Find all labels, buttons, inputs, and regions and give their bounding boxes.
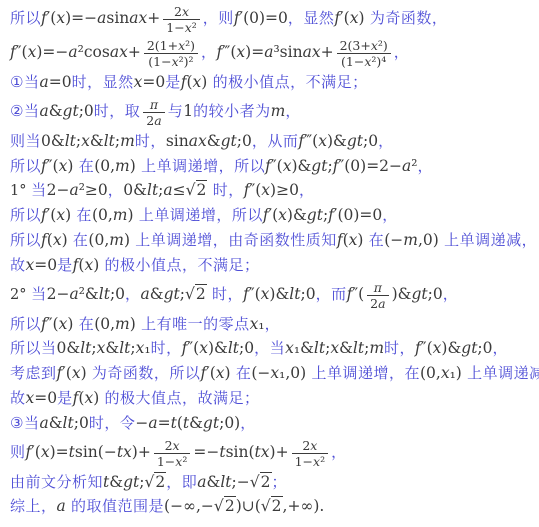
fraction-numerator: 2x xyxy=(163,4,200,19)
solution-line: f″(x)=−a²cosax+2(1+x²)(1−x²)²，f‴(x)=a³si… xyxy=(10,38,531,69)
chinese-text: 则当 xyxy=(10,132,41,150)
chinese-text: 上单调递减， xyxy=(462,364,539,382)
chinese-text: ，从而 xyxy=(252,132,299,150)
fraction-numerator: π xyxy=(367,280,388,295)
chinese-text: 在 xyxy=(363,231,384,249)
fraction-denominator: (1−x²)² xyxy=(144,53,198,69)
chinese-text: 的较小者为 xyxy=(193,102,271,120)
math-text: f(x) xyxy=(73,389,100,407)
sqrt-radical: √2 xyxy=(214,496,236,515)
solution-line: 所以f″(x) 在(0,m) 上单调递增，所以f″(x)&gt;f″(0)=2−… xyxy=(10,156,531,178)
math-text: )&gt;0 xyxy=(392,285,443,303)
chinese-text: ，当 xyxy=(254,339,285,357)
math-text: 0&lt;x&lt;m xyxy=(41,132,135,150)
chinese-text: 所以当 xyxy=(10,339,57,357)
chinese-text: 的极大值点，故满足； xyxy=(99,389,259,407)
chinese-text: 时， xyxy=(207,181,243,199)
chinese-text: 上单调递减， xyxy=(439,231,537,249)
math-text: x=0 xyxy=(26,389,58,407)
chinese-text: 在 xyxy=(231,364,252,382)
solution-line: ③当a&lt;0时，令−a=t(t&gt;0)， xyxy=(10,413,531,435)
fraction-denominator: 2a xyxy=(143,112,164,128)
chinese-text: 上单调递增，在 xyxy=(306,364,420,382)
chinese-text: 故 xyxy=(10,256,26,274)
chinese-text: ， xyxy=(331,443,347,461)
math-text: f′(x) xyxy=(200,364,230,382)
chinese-text: 时，令 xyxy=(89,414,136,432)
math-text: f″(x) xyxy=(41,157,73,175)
chinese-text: 的取值范围是 xyxy=(66,497,164,515)
chinese-text: 的极小值点，不满足； xyxy=(207,73,367,91)
math-text: x₁&lt;x&lt;m xyxy=(285,339,384,357)
fraction-denominator: 1−x² xyxy=(163,19,200,35)
chinese-text: 与 xyxy=(168,102,184,120)
case-label: 2° xyxy=(10,287,31,303)
solution-line: 所以f″(x) 在(0,m) 上有唯一的零点x₁， xyxy=(10,314,531,336)
fraction-denominator: 2a xyxy=(367,295,388,311)
chinese-text: 为奇函数，所以 xyxy=(87,364,201,382)
chinese-text: ， xyxy=(378,132,394,150)
fraction-numerator: 2(1+x²) xyxy=(144,38,198,53)
chinese-text: ，则 xyxy=(203,9,234,27)
math-text: f(x) xyxy=(181,73,208,91)
math-text: x₁ xyxy=(250,315,265,333)
chinese-text: 所以 xyxy=(10,315,41,333)
solution-line: 所以f(x) 在(0,m) 上单调递增，由奇函数性质知f(x) 在(−m,0) … xyxy=(10,230,531,252)
chinese-text: 时， xyxy=(207,285,243,303)
math-text: f″(x)=−a²cosax+ xyxy=(10,43,141,61)
math-text: f″(x)&lt;0 xyxy=(243,285,316,303)
solution-line: 所以当0&lt;x&lt;x₁时，f″(x)&lt;0，当x₁&lt;x&lt;… xyxy=(10,338,531,360)
solution-line: 则f′(x)=tsin(−tx)+2x1−x²=−tsin(tx)+2x1−x²… xyxy=(10,438,531,469)
solution-line: 故x=0是f(x) 的极小值点，不满足； xyxy=(10,255,531,277)
chinese-text: ， xyxy=(285,102,301,120)
math-text: sinax&gt;0 xyxy=(166,132,252,150)
math-text: 2−a²≥0 xyxy=(47,181,108,199)
chinese-text: ， xyxy=(108,181,124,199)
chinese-text: ， xyxy=(299,181,315,199)
math-text: f(x) xyxy=(41,231,68,249)
solution-line: 所以f′(x)=−asinax+2x1−x²，则f′(0)=0，显然f′(x) … xyxy=(10,4,531,35)
chinese-text: ； xyxy=(272,473,288,491)
chinese-text: 上单调递增，所以 xyxy=(136,157,265,175)
fraction: 2x1−x² xyxy=(154,438,191,469)
chinese-text: ， xyxy=(394,43,410,61)
math-text: 0&lt;a≤√2 xyxy=(123,180,207,199)
fraction-numerator: 2(3+x²) xyxy=(337,38,391,53)
chinese-text: 上单调递增，所以 xyxy=(134,206,263,224)
math-text: f(x) xyxy=(337,231,364,249)
math-text: 1 xyxy=(183,102,193,120)
math-text: f(x) xyxy=(73,256,100,274)
solution-line: ①当a=0时，显然x=0是f(x) 的极小值点，不满足； xyxy=(10,72,531,94)
math-text: 0&lt;x&lt;x₁ xyxy=(57,339,151,357)
chinese-text: 考虑到 xyxy=(10,364,57,382)
chinese-text: ，而 xyxy=(316,285,347,303)
math-text: f″(x) xyxy=(41,315,73,333)
fraction: π2a xyxy=(367,280,388,311)
math-text: f‴(x)&gt;0 xyxy=(298,132,378,150)
chinese-text: 是 xyxy=(165,73,181,91)
math-text: a=0 xyxy=(39,73,71,91)
math-text: f″(x)≥0 xyxy=(244,181,299,199)
math-text: =−tsin(tx)+ xyxy=(193,443,288,461)
solution-line: ②当a&gt;0时，取π2a与1的较小者为m， xyxy=(10,97,531,128)
sqrt-radical: √2 xyxy=(250,472,272,491)
fraction: 2x1−x² xyxy=(163,4,200,35)
math-text: x=0 xyxy=(26,256,58,274)
math-text: f‴(x)=a³sinax+ xyxy=(217,43,334,61)
chinese-text: 上单调递增，由奇函数性质知 xyxy=(130,231,337,249)
math-text: f′(x)=−asinax+ xyxy=(41,9,160,27)
chinese-text: 在 xyxy=(71,206,92,224)
math-text: (−x₁,0) xyxy=(251,364,306,382)
math-text: a&gt;0 xyxy=(39,102,93,120)
chinese-text: 上有唯一的零点 xyxy=(136,315,250,333)
fraction-numerator: 2x xyxy=(292,438,329,453)
sqrt-radical: √2 xyxy=(144,472,166,491)
sqrt-radical: √2 xyxy=(261,496,283,515)
sqrt-radical: √2 xyxy=(185,284,207,303)
solution-line: 所以f′(x) 在(0,m) 上单调递增，所以f′(x)&gt;f′(0)=0， xyxy=(10,205,531,227)
chinese-text: 为奇函数， xyxy=(365,9,448,27)
chinese-text: ， xyxy=(418,157,434,175)
chinese-text: 在 xyxy=(73,157,94,175)
math-text: t&gt;√2 xyxy=(103,472,166,491)
chinese-text: 时， xyxy=(151,339,182,357)
math-text: . xyxy=(319,497,324,515)
math-text: a&lt;0 xyxy=(39,414,88,432)
chinese-text: ，即 xyxy=(166,473,197,491)
chinese-text: 故 xyxy=(10,389,26,407)
chinese-text: 所以 xyxy=(10,231,41,249)
solution-line: 综上，a 的取值范围是(−∞,−√2)∪(√2,+∞). xyxy=(10,496,531,518)
math-text: f′(x)=tsin(−tx)+ xyxy=(26,443,151,461)
math-text: f′(x)&gt;f′(0)=0 xyxy=(263,206,382,224)
math-text: f″(x)&gt;0 xyxy=(415,339,492,357)
math-text: m xyxy=(271,102,286,120)
chinese-text: ， xyxy=(240,414,256,432)
chinese-text: 时，取 xyxy=(94,102,141,120)
math-text: f′(x) xyxy=(334,9,364,27)
math-text: f′(x) xyxy=(41,206,71,224)
chinese-text: 所以 xyxy=(10,9,41,27)
fraction: 2(3+x²)(1−x²)⁴ xyxy=(337,38,391,69)
math-text: a xyxy=(57,497,66,515)
math-text: (0,m) xyxy=(94,157,136,175)
chinese-text: 当 xyxy=(31,181,47,199)
math-text: a&gt;√2 xyxy=(141,284,207,303)
chinese-text: 的极小值点，不满足； xyxy=(99,256,259,274)
solution-line: 考虑到f′(x) 为奇函数，所以f′(x) 在(−x₁,0) 上单调递增，在(0… xyxy=(10,363,531,385)
math-text: f″(x)&gt;f″(0)=2−a² xyxy=(265,157,417,175)
math-text: (0,m) xyxy=(92,206,134,224)
chinese-text: ②当 xyxy=(10,102,39,120)
chinese-text: 则 xyxy=(10,443,26,461)
chinese-text: ， xyxy=(125,285,141,303)
chinese-text: 所以 xyxy=(10,206,41,224)
solution-line: 由前文分析知t&gt;√2，即a&lt;−√2； xyxy=(10,472,531,494)
fraction-numerator: 2x xyxy=(154,438,191,453)
chinese-text: ， xyxy=(201,43,217,61)
fraction-denominator: 1−x² xyxy=(154,453,191,469)
chinese-text: 在 xyxy=(68,231,89,249)
chinese-text: 时，显然 xyxy=(72,73,134,91)
chinese-text: 综上， xyxy=(10,497,57,515)
solution-line: 1° 当2−a²≥0，0&lt;a≤√2 时，f″(x)≥0， xyxy=(10,180,531,202)
math-text: f″( xyxy=(347,285,365,303)
fraction-denominator: (1−x²)⁴ xyxy=(337,53,391,69)
chinese-text: ①当 xyxy=(10,73,39,91)
chinese-text: 由前文分析知 xyxy=(10,473,103,491)
chinese-text: 所以 xyxy=(10,157,41,175)
math-text: (−m,0) xyxy=(384,231,439,249)
case-label: 1° xyxy=(10,183,31,199)
chinese-text: ， xyxy=(382,206,398,224)
fraction: π2a xyxy=(143,97,164,128)
chinese-text: 时， xyxy=(384,339,415,357)
solution-line: 2° 当2−a²&lt;0，a&gt;√2 时，f″(x)&lt;0，而f″(π… xyxy=(10,280,531,311)
fraction-numerator: π xyxy=(143,97,164,112)
math-text: f′(x) xyxy=(57,364,87,382)
chinese-text: ③当 xyxy=(10,414,39,432)
chinese-text: ， xyxy=(493,339,509,357)
fraction: 2(1+x²)(1−x²)² xyxy=(144,38,198,69)
chinese-text: ， xyxy=(443,285,459,303)
chinese-text: 当 xyxy=(31,285,47,303)
sqrt-radical: √2 xyxy=(186,180,208,199)
math-text: (0,x₁) xyxy=(420,364,462,382)
math-text: (−∞,−√2)∪(√2,+∞) xyxy=(164,496,319,515)
math-text: f″(x)&lt;0 xyxy=(182,339,255,357)
solution-line: 故x=0是f(x) 的极大值点，故满足； xyxy=(10,388,531,410)
chinese-text: ， xyxy=(265,315,281,333)
solution-line: 则当0&lt;x&lt;m时，sinax&gt;0，从而f‴(x)&gt;0， xyxy=(10,131,531,153)
math-text: x=0 xyxy=(134,73,166,91)
chinese-text: 是 xyxy=(57,389,73,407)
math-solution-document: 所以f′(x)=−asinax+2x1−x²，则f′(0)=0，显然f′(x) … xyxy=(0,0,539,525)
chinese-text: 在 xyxy=(73,315,94,333)
math-text: (0,m) xyxy=(94,315,136,333)
fraction-denominator: 1−x² xyxy=(292,453,329,469)
math-text: f′(0)=0 xyxy=(234,9,288,27)
math-text: 2−a²&lt;0 xyxy=(47,285,125,303)
fraction: 2x1−x² xyxy=(292,438,329,469)
math-text: −a=t(t&gt;0) xyxy=(135,414,240,432)
chinese-text: 是 xyxy=(57,256,73,274)
math-text: (0,m) xyxy=(88,231,130,249)
math-text: a&lt;−√2 xyxy=(197,472,271,491)
chinese-text: ，显然 xyxy=(288,9,335,27)
chinese-text: 时， xyxy=(135,132,166,150)
